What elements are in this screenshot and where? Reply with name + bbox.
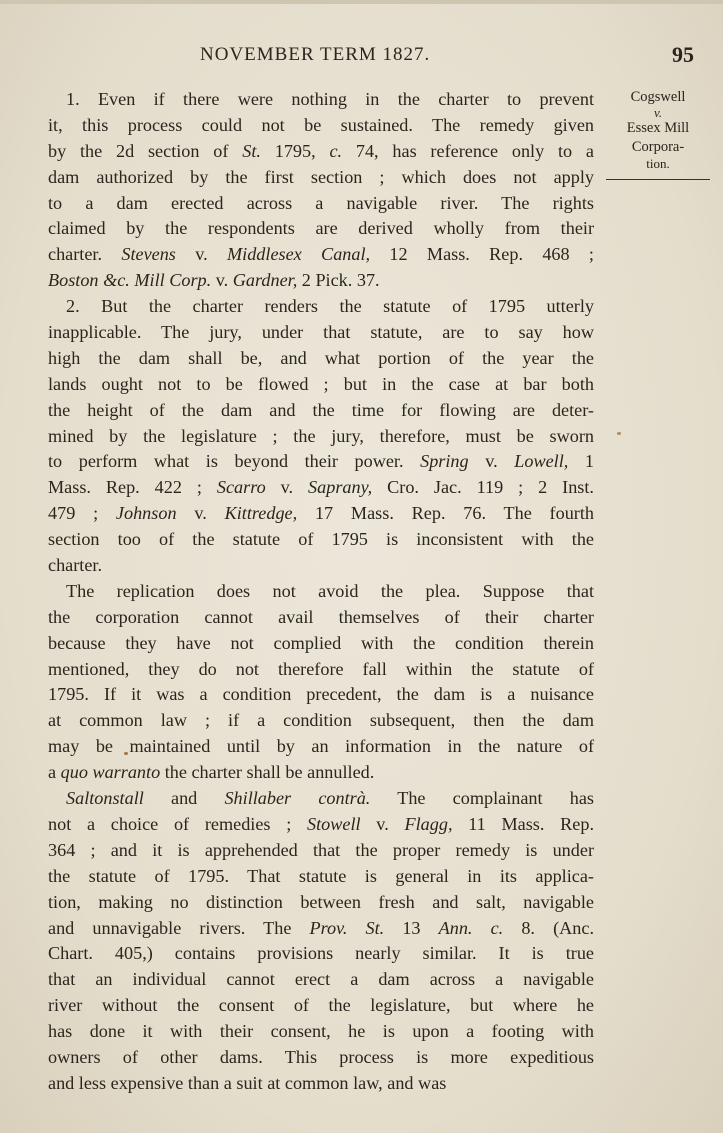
text-run: 11 Mass. Rep. — [453, 814, 595, 834]
citation-italic: Shillaber contrà. — [224, 788, 370, 808]
citation-italic: c. — [329, 141, 342, 161]
text-run: v. — [211, 270, 233, 290]
text-run: river without the consent of the legisla… — [48, 995, 594, 1015]
text-line: the statute of 1795. That statute is gen… — [48, 864, 594, 890]
text-line: mined by the legislature ; the jury, the… — [48, 424, 594, 450]
body-text: 1. Even if there were nothing in the cha… — [48, 87, 594, 1097]
text-run: v. — [469, 451, 515, 471]
text-line: claimed by the respondents are derived w… — [48, 216, 594, 242]
sidenote-line: Essex Mill — [604, 119, 712, 138]
text-run: has done it with their consent, he is up… — [48, 1021, 594, 1041]
text-line: a quo warranto the charter shall be annu… — [48, 760, 594, 786]
text-run: not a choice of remedies ; — [48, 814, 307, 834]
sidenote-versus: v. — [604, 107, 712, 119]
text-line: 1795. If it was a condition precedent, t… — [48, 682, 594, 708]
text-run: section too of the statute of 1795 is in… — [48, 529, 594, 549]
text-run: 1. Even if there were nothing in the cha… — [66, 89, 594, 109]
text-line: and unnavigable rivers. The Prov. St. 13… — [48, 916, 594, 942]
text-run: mined by the legislature ; the jury, the… — [48, 426, 594, 446]
page-header: NOVEMBER TERM 1827. 95 — [0, 44, 723, 70]
text-run: to perform what is beyond their power. — [48, 451, 420, 471]
citation-italic: Gardner, — [233, 270, 298, 290]
text-run: dam authorized by the first section ; wh… — [48, 167, 594, 187]
citation-italic: Stevens — [121, 244, 176, 264]
citation-italic: Saprany, — [308, 477, 372, 497]
text-line: dam authorized by the first section ; wh… — [48, 165, 594, 191]
text-line: to a dam erected across a navigable rive… — [48, 191, 594, 217]
page-number: 95 — [672, 42, 694, 68]
text-run: lands ought not to be flowed ; but in th… — [48, 374, 594, 394]
text-run: to a dam erected across a navigable rive… — [48, 193, 594, 213]
text-line: The replication does not avoid the plea.… — [48, 579, 594, 605]
citation-italic: Boston &c. Mill Corp. — [48, 270, 211, 290]
sidenote-rule — [606, 179, 710, 180]
text-line: charter. Stevens v. Middlesex Canal, 12 … — [48, 242, 594, 268]
citation-italic: Prov. St. — [310, 918, 385, 938]
text-line: owners of other dams. This process is mo… — [48, 1045, 594, 1071]
text-line: and less expensive than a suit at common… — [48, 1071, 594, 1097]
text-run: mentioned, they do not therefore fall wi… — [48, 659, 594, 679]
text-run: tion, making no distinction between fres… — [48, 892, 594, 912]
text-run: 1795. If it was a condition precedent, t… — [48, 684, 594, 704]
text-run: 12 Mass. Rep. 468 ; — [370, 244, 594, 264]
text-run: 364 ; and it is apprehended that the pro… — [48, 840, 594, 860]
text-line: mentioned, they do not therefore fall wi… — [48, 657, 594, 683]
text-line: Saltonstall and Shillaber contrà. The co… — [48, 786, 594, 812]
text-run: the height of the dam and the time for f… — [48, 400, 594, 420]
text-line: lands ought not to be flowed ; but in th… — [48, 372, 594, 398]
text-run: 2 Pick. 37. — [297, 270, 379, 290]
text-line: has done it with their consent, he is up… — [48, 1019, 594, 1045]
text-line: the height of the dam and the time for f… — [48, 398, 594, 424]
page-top-edge — [0, 0, 723, 4]
citation-italic: Stowell — [307, 814, 361, 834]
citation-italic: Lowell, — [514, 451, 568, 471]
text-run: 2. But the charter renders the statute o… — [66, 296, 594, 316]
text-run: charter. — [48, 555, 102, 575]
text-run: because they have not complied with the … — [48, 633, 594, 653]
text-run: and unnavigable rivers. The — [48, 918, 310, 938]
text-run: v. — [361, 814, 405, 834]
text-line: tion, making no distinction between fres… — [48, 890, 594, 916]
text-run: v. — [177, 503, 225, 523]
text-line: it, this process could not be sustained.… — [48, 113, 594, 139]
text-line: Mass. Rep. 422 ; Scarro v. Saprany, Cro.… — [48, 475, 594, 501]
text-line: at common law ; if a condition subsequen… — [48, 708, 594, 734]
citation-italic: St. — [242, 141, 261, 161]
text-run: claimed by the respondents are derived w… — [48, 218, 594, 238]
text-line: charter. — [48, 553, 594, 579]
text-run: Chart. 405,) contains provisions nearly … — [48, 943, 594, 963]
text-run: 479 ; — [48, 503, 116, 523]
text-line: Boston &c. Mill Corp. v. Gardner, 2 Pick… — [48, 268, 594, 294]
text-run: that an individual cannot erect a dam ac… — [48, 969, 594, 989]
text-line: that an individual cannot erect a dam ac… — [48, 967, 594, 993]
text-line: high the dam shall be, and what portion … — [48, 346, 594, 372]
text-line: 364 ; and it is apprehended that the pro… — [48, 838, 594, 864]
text-run: 8. (Anc. — [503, 918, 594, 938]
text-line: 1. Even if there were nothing in the cha… — [48, 87, 594, 113]
text-run: may be maintained until by an informatio… — [48, 736, 594, 756]
text-run: v. — [176, 244, 227, 264]
text-line: to perform what is beyond their power. S… — [48, 449, 594, 475]
sidenote-line: Corpora- — [604, 138, 712, 157]
text-run: v. — [266, 477, 308, 497]
text-line: inapplicable. The jury, under that statu… — [48, 320, 594, 346]
text-run: 1 — [568, 451, 594, 471]
text-run: 17 Mass. Rep. 76. The fourth — [297, 503, 594, 523]
text-run: 13 — [384, 918, 438, 938]
sidenote-line: tion. — [604, 157, 712, 171]
citation-italic: Middlesex Canal, — [227, 244, 370, 264]
text-line: river without the consent of the legisla… — [48, 993, 594, 1019]
margin-note-case-name: Cogswell v. Essex Mill Corpora- tion. — [604, 88, 712, 180]
text-run: high the dam shall be, and what portion … — [48, 348, 594, 368]
text-run: the charter shall be annulled. — [160, 762, 374, 782]
text-run: inapplicable. The jury, under that statu… — [48, 322, 594, 342]
text-line: may be maintained until by an informatio… — [48, 734, 594, 760]
citation-italic: quo warranto — [61, 762, 161, 782]
text-line: the corporation cannot avail themselves … — [48, 605, 594, 631]
text-line: 2. But the charter renders the statute o… — [48, 294, 594, 320]
citation-italic: Saltonstall — [66, 788, 144, 808]
text-run: the corporation cannot avail themselves … — [48, 607, 594, 627]
text-run: by the 2d section of — [48, 141, 242, 161]
citation-italic: Flagg, — [405, 814, 453, 834]
text-run: the statute of 1795. That statute is gen… — [48, 866, 594, 886]
running-head: NOVEMBER TERM 1827. — [200, 44, 430, 66]
text-line: not a choice of remedies ; Stowell v. Fl… — [48, 812, 594, 838]
ink-spot — [124, 752, 128, 755]
text-run: 1795, — [261, 141, 330, 161]
ink-spot — [617, 432, 621, 435]
text-run: and — [144, 788, 225, 808]
text-run: The replication does not avoid the plea.… — [66, 581, 594, 601]
text-line: 479 ; Johnson v. Kittredge, 17 Mass. Rep… — [48, 501, 594, 527]
citation-italic: Kittredge, — [225, 503, 298, 523]
text-run: it, this process could not be sustained.… — [48, 115, 594, 135]
book-page: NOVEMBER TERM 1827. 95 1. Even if there … — [0, 0, 723, 1133]
text-run: at common law ; if a condition subsequen… — [48, 710, 594, 730]
text-run: owners of other dams. This process is mo… — [48, 1047, 594, 1067]
text-run: and less expensive than a suit at common… — [48, 1073, 446, 1093]
text-line: Chart. 405,) contains provisions nearly … — [48, 941, 594, 967]
citation-italic: Ann. c. — [439, 918, 504, 938]
text-run: Cro. Jac. 119 ; 2 Inst. — [372, 477, 594, 497]
text-run: The complainant has — [370, 788, 594, 808]
citation-italic: Johnson — [116, 503, 177, 523]
text-run: a — [48, 762, 61, 782]
citation-italic: Spring — [420, 451, 469, 471]
text-line: because they have not complied with the … — [48, 631, 594, 657]
text-run: Mass. Rep. 422 ; — [48, 477, 217, 497]
text-line: section too of the statute of 1795 is in… — [48, 527, 594, 553]
text-line: by the 2d section of St. 1795, c. 74, ha… — [48, 139, 594, 165]
text-run: charter. — [48, 244, 121, 264]
text-run: 74, has reference only to a — [342, 141, 594, 161]
citation-italic: Scarro — [217, 477, 266, 497]
